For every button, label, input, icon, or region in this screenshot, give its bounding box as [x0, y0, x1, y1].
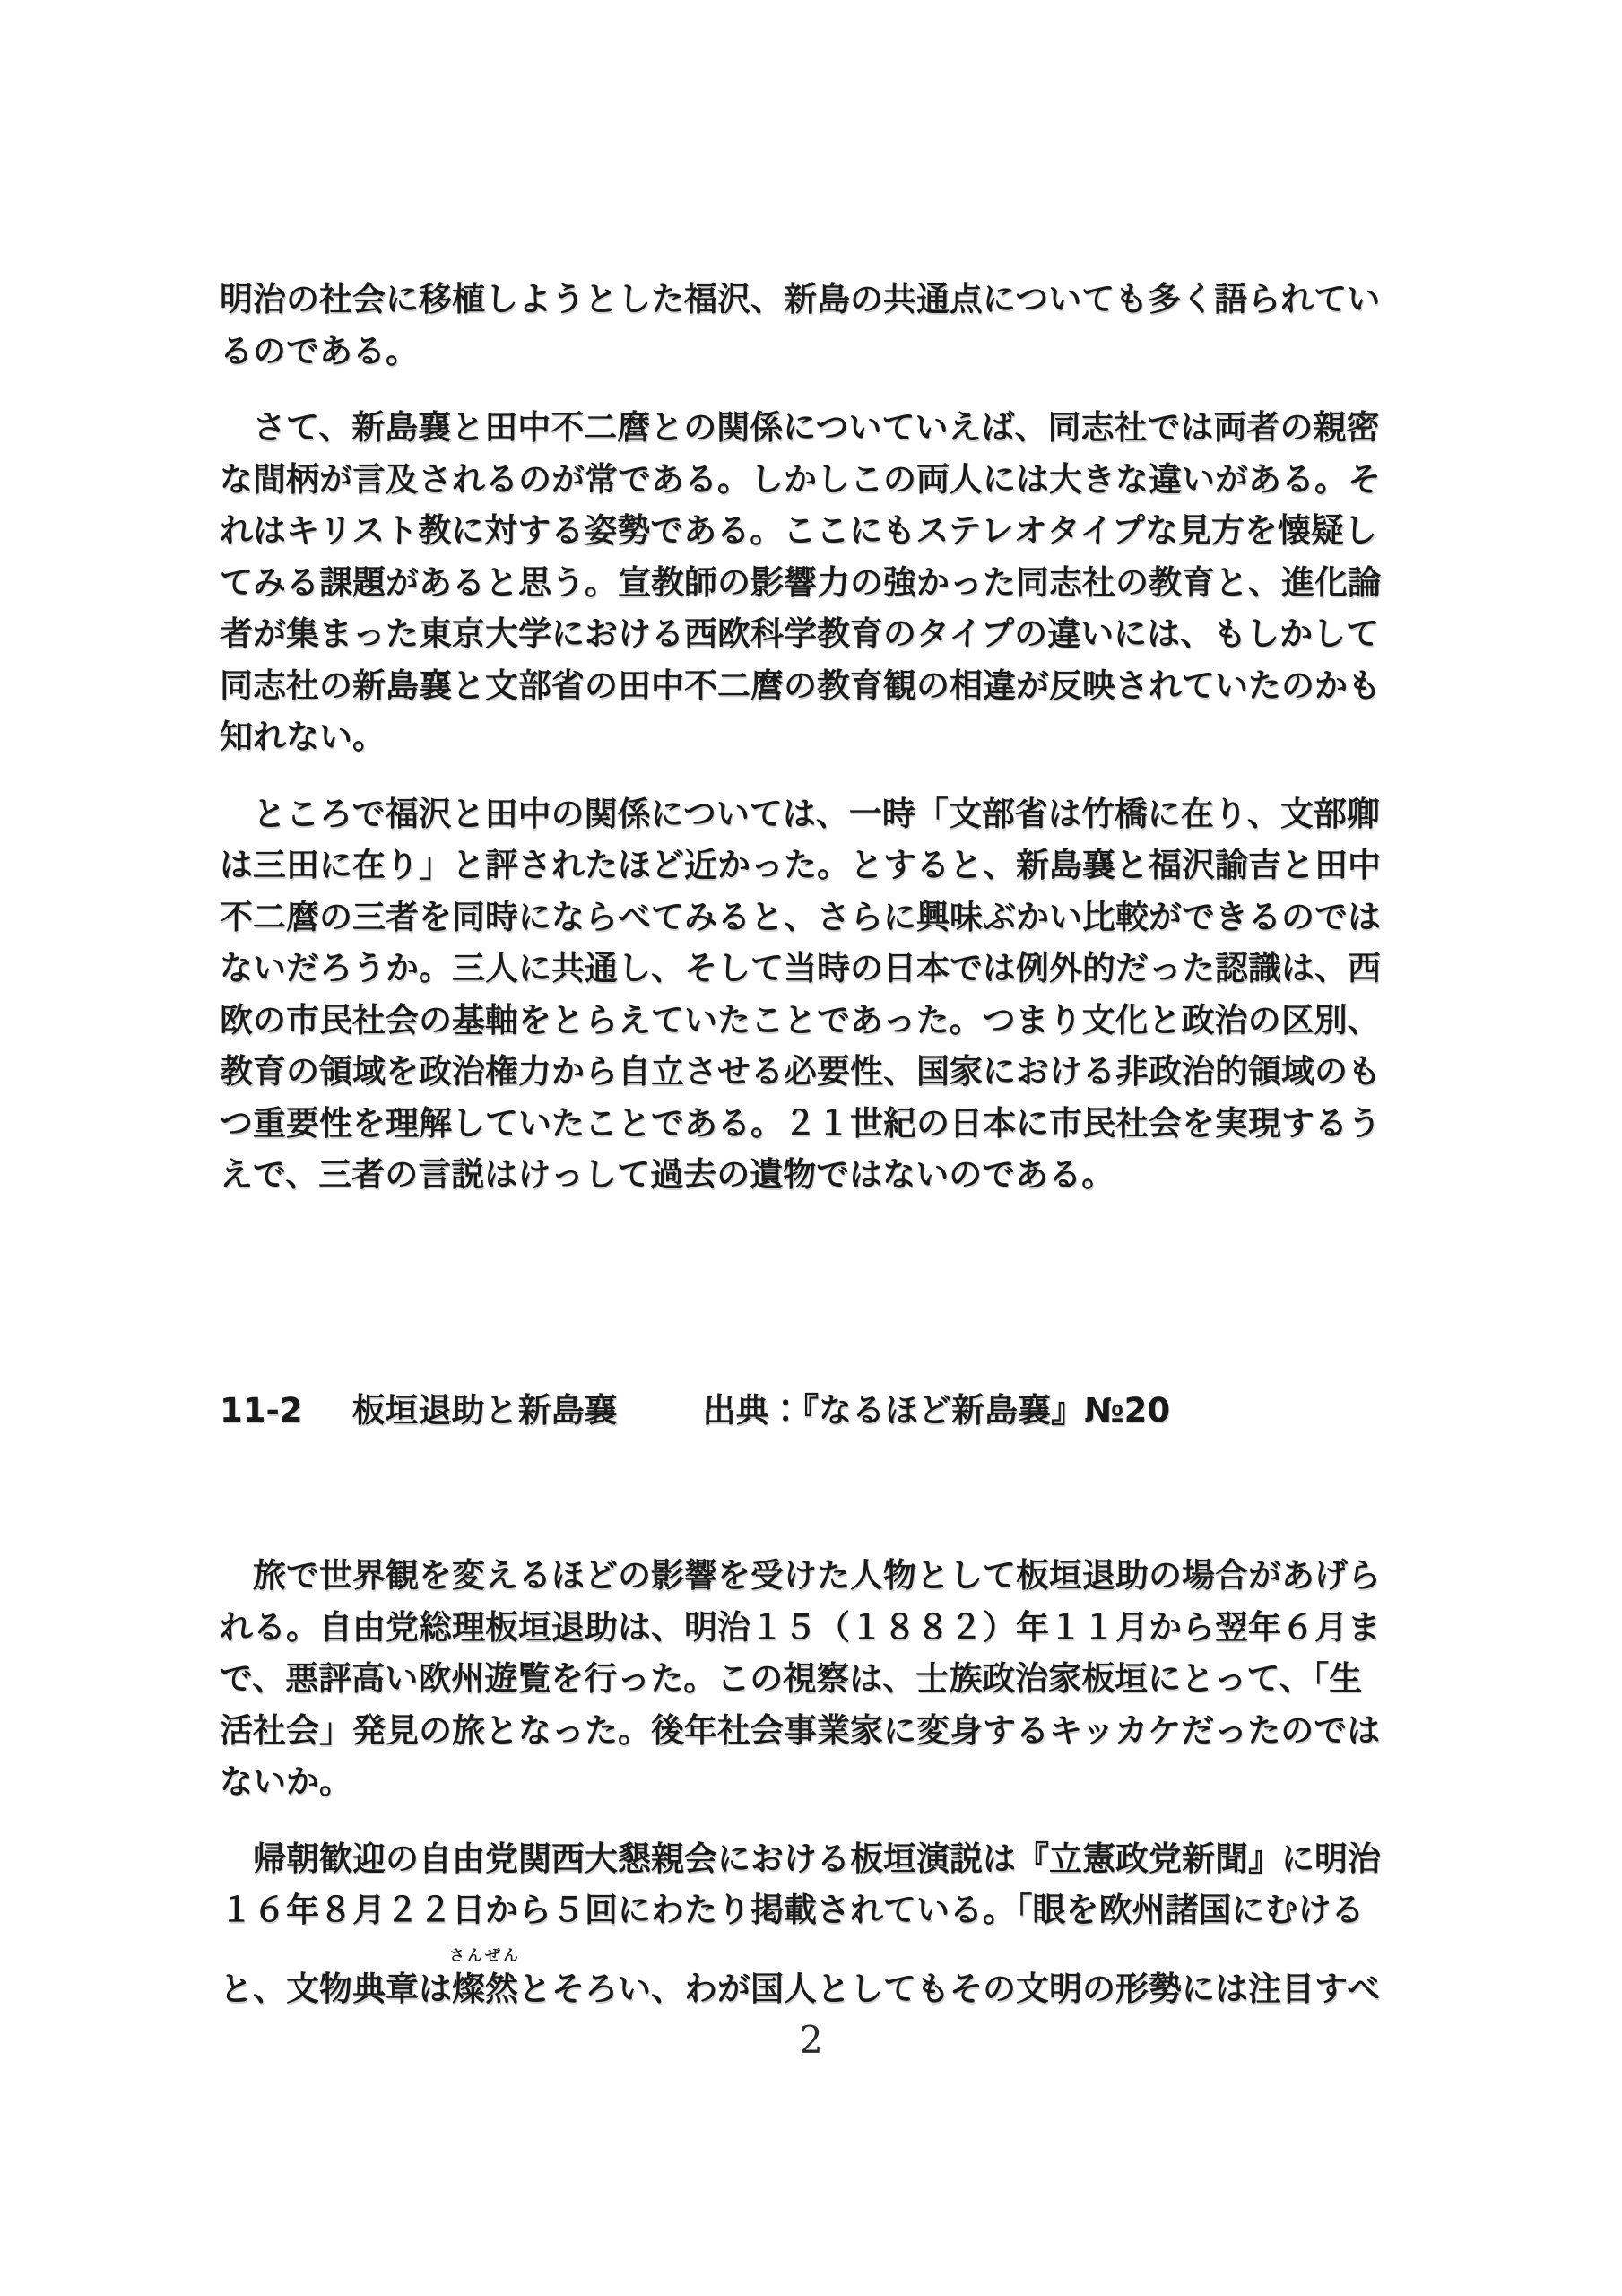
page-content: 明治の社会に移植しようとした福沢、新島の共通点についても多く語られてい るのであ… [220, 274, 1421, 2014]
section-title: 板垣退助と新島襄 [352, 1385, 618, 1437]
text-line: 明治の社会に移植しようとした福沢、新島の共通点についても多く語られてい [220, 274, 1421, 326]
text-line: るのである。 [220, 326, 1421, 378]
ruby-annotation: さんぜん [449, 1949, 521, 1964]
text-line: 帰朝歓迎の自由党関西大懇親会における板垣演説は『立憲政党新聞』に明治 [220, 1833, 1421, 1885]
ruby-annotated-word: さんぜん燦然 [452, 1963, 518, 2015]
paragraph-3: ところで福沢と田中の関係については、一時「文部省は竹橋に在り、文部卿 は三田に在… [220, 788, 1421, 1201]
text-line: で、悪評高い欧州遊覧を行った。この視察は、士族政治家板垣にとって、「生 [220, 1653, 1421, 1705]
paragraph-4: 旅で世界観を変えるほどの影響を受けた人物として板垣退助の場合があげら れる。自由… [220, 1550, 1421, 1808]
section-source: 出典：『なるほど新島襄』№20 [703, 1391, 1171, 1430]
text-line: ないか。 [220, 1756, 1421, 1808]
text-line: ところで福沢と田中の関係については、一時「文部省は竹橋に在り、文部卿 [220, 788, 1421, 840]
text-line: てみる課題があると思う。宣教師の影響力の強かった同志社の教育と、進化論 [220, 557, 1421, 609]
text-line: 活社会」発見の旅となった。後年社会事業家に変身するキッカケだったのでは [220, 1705, 1421, 1757]
text-line: 者が集まった東京大学における西欧科学教育のタイプの違いには、もしかして [220, 608, 1421, 660]
text-line: １６年８月２２日から５回にわたり掲載されている。「眼を欧州諸国にむける [220, 1884, 1421, 1936]
paragraph-5: 帰朝歓迎の自由党関西大懇親会における板垣演説は『立憲政党新聞』に明治 １６年８月… [220, 1833, 1421, 2015]
ruby-after-text: とそろい、わが国人としてもその文明の形勢には注目すべ [518, 1970, 1380, 2008]
paragraph-1: 明治の社会に移植しようとした福沢、新島の共通点についても多く語られてい るのであ… [220, 274, 1421, 377]
text-line: さて、新島襄と田中不二麿との関係についていえば、同志社では両者の親密 [220, 402, 1421, 454]
text-line: な間柄が言及されるのが常である。しかしこの両人には大きな違いがある。そ [220, 454, 1421, 506]
text-line: 同志社の新島襄と文部省の田中不二麿の教育観の相違が反映されていたのかも [220, 660, 1421, 712]
text-line: 教育の領域を政治権力から自立させる必要性、国家における非政治的領域のも [220, 1046, 1421, 1098]
ruby-base: 燦然 [452, 1970, 518, 2008]
ruby-before-text: と、文物典章は [220, 1970, 452, 2008]
document-page: 明治の社会に移植しようとした福沢、新島の共通点についても多く語られてい るのであ… [0, 0, 1622, 2296]
section-number: 11-2 [220, 1385, 303, 1437]
paragraph-2: さて、新島襄と田中不二麿との関係についていえば、同志社では両者の親密 な間柄が言… [220, 402, 1421, 763]
text-line: 知れない。 [220, 711, 1421, 763]
section-heading: 11-2板垣退助と新島襄出典：『なるほど新島襄』№20 [220, 1385, 1421, 1437]
text-line: は三田に在り」と評されたほど近かった。とすると、新島襄と福沢諭吉と田中 [220, 839, 1421, 891]
text-line: えで、三者の言説はけっして過去の遺物ではないのである。 [220, 1149, 1421, 1201]
text-line-with-ruby: と、文物典章はさんぜん燦然とそろい、わが国人としてもその文明の形勢には注目すべ [220, 1963, 1421, 2015]
text-line: 不二麿の三者を同時にならべてみると、さらに興味ぶかい比較ができるのでは [220, 891, 1421, 944]
page-number: 2 [0, 2018, 1622, 2062]
text-line: つ重要性を理解していたことである。２１世紀の日本に市民社会を実現するう [220, 1098, 1421, 1150]
text-line: れる。自由党総理板垣退助は、明治１５（１８８２）年１１月から翌年６月ま [220, 1602, 1421, 1654]
text-line: 旅で世界観を変えるほどの影響を受けた人物として板垣退助の場合があげら [220, 1550, 1421, 1602]
text-line: れはキリスト教に対する姿勢である。ここにもステレオタイプな見方を懐疑し [220, 505, 1421, 557]
text-line: ないだろうか。三人に共通し、そして当時の日本では例外的だった認識は、西 [220, 943, 1421, 995]
text-line: 欧の市民社会の基軸をとらえていたことであった。つまり文化と政治の区別、 [220, 995, 1421, 1047]
